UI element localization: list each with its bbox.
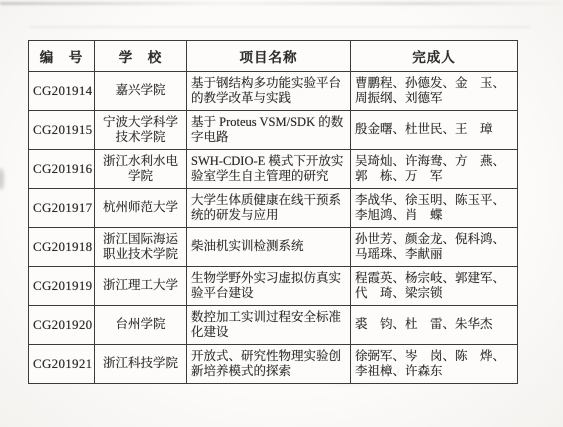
- cell-school: 浙江科技学院: [95, 345, 187, 384]
- cell-school: 嘉兴学院: [95, 72, 187, 111]
- cell-people: 裘 钧、杜 雷、朱华杰: [351, 306, 518, 345]
- scan-artifact-streak: [30, 26, 530, 28]
- table-row: CG201916 浙江水利水电学院 SWH-CDIO-E 模式下开放实验室学生自…: [29, 150, 518, 189]
- cell-school: 宁波大学科学技术学院: [95, 111, 187, 150]
- cell-id: CG201917: [29, 189, 95, 228]
- table-header-row: 编 号 学 校 项目名称 完成人: [29, 41, 518, 72]
- header-school: 学 校: [95, 41, 187, 72]
- header-id: 编 号: [29, 41, 95, 72]
- cell-project: 基于钢结构多功能实验平台的教学改革与实践: [187, 72, 351, 111]
- cell-people: 吴琦灿、许海鸯、方 燕、郭 栋、万 军: [351, 150, 518, 189]
- cell-id: CG201918: [29, 228, 95, 267]
- cell-project: 大学生体质健康在线干预系统的研发与应用: [187, 189, 351, 228]
- cell-id: CG201915: [29, 111, 95, 150]
- cell-school: 浙江水利水电学院: [95, 150, 187, 189]
- cell-people: 殷金曙、杜世民、王 璋: [351, 111, 518, 150]
- cell-people: 曹鹏程、孙德发、金 玉、周振纲、刘德军: [351, 72, 518, 111]
- cell-project: 柴油机实训检测系统: [187, 228, 351, 267]
- table-row: CG201917 杭州师范大学 大学生体质健康在线干预系统的研发与应用 李战华、…: [29, 189, 518, 228]
- cell-project: 数控加工实训过程安全标准化建设: [187, 306, 351, 345]
- scan-artifact-top-streak: [0, 2, 563, 5]
- header-people: 完成人: [351, 41, 518, 72]
- cell-id: CG201919: [29, 267, 95, 306]
- cell-id: CG201920: [29, 306, 95, 345]
- project-award-table: 编 号 学 校 项目名称 完成人 CG201914 嘉兴学院 基于钢结构多功能实…: [28, 40, 518, 384]
- table-row: CG201919 浙江理工大学 生物学野外实习虚拟仿真实验平台建设 程霞英、杨宗…: [29, 267, 518, 306]
- cell-project: 开放式、研究性物理实验创新培养模式的探索: [187, 345, 351, 384]
- header-project: 项目名称: [187, 41, 351, 72]
- table-row: CG201914 嘉兴学院 基于钢结构多功能实验平台的教学改革与实践 曹鹏程、孙…: [29, 72, 518, 111]
- table-row: CG201915 宁波大学科学技术学院 基于 Proteus VSM/SDK 的…: [29, 111, 518, 150]
- cell-id: CG201921: [29, 345, 95, 384]
- cell-project: 生物学野外实习虚拟仿真实验平台建设: [187, 267, 351, 306]
- cell-people: 李战华、徐玉明、陈玉平、李旭鸿、肖 蝶: [351, 189, 518, 228]
- cell-people: 程霞英、杨宗岐、郭建军、代 琦、梁宗锁: [351, 267, 518, 306]
- table-row: CG201920 台州学院 数控加工实训过程安全标准化建设 裘 钧、杜 雷、朱华…: [29, 306, 518, 345]
- scanned-document-page: 编 号 学 校 项目名称 完成人 CG201914 嘉兴学院 基于钢结构多功能实…: [0, 0, 563, 427]
- cell-project: SWH-CDIO-E 模式下开放实验室学生自主管理的研究: [187, 150, 351, 189]
- cell-project: 基于 Proteus VSM/SDK 的数字电路: [187, 111, 351, 150]
- cell-id: CG201914: [29, 72, 95, 111]
- cell-school: 台州学院: [95, 306, 187, 345]
- cell-school: 浙江理工大学: [95, 267, 187, 306]
- cell-people: 徐弼军、岑 岗、陈 烨、李祖樟、许森东: [351, 345, 518, 384]
- table-row: CG201918 浙江国际海运职业技术学院 柴油机实训检测系统 孙世芳、颜金龙、…: [29, 228, 518, 267]
- cell-school: 杭州师范大学: [95, 189, 187, 228]
- scan-artifact-left-smudge: [0, 168, 4, 190]
- cell-id: CG201916: [29, 150, 95, 189]
- cell-people: 孙世芳、颜金龙、倪科鸿、马瑶珠、李献丽: [351, 228, 518, 267]
- cell-school: 浙江国际海运职业技术学院: [95, 228, 187, 267]
- table-row: CG201921 浙江科技学院 开放式、研究性物理实验创新培养模式的探索 徐弼军…: [29, 345, 518, 384]
